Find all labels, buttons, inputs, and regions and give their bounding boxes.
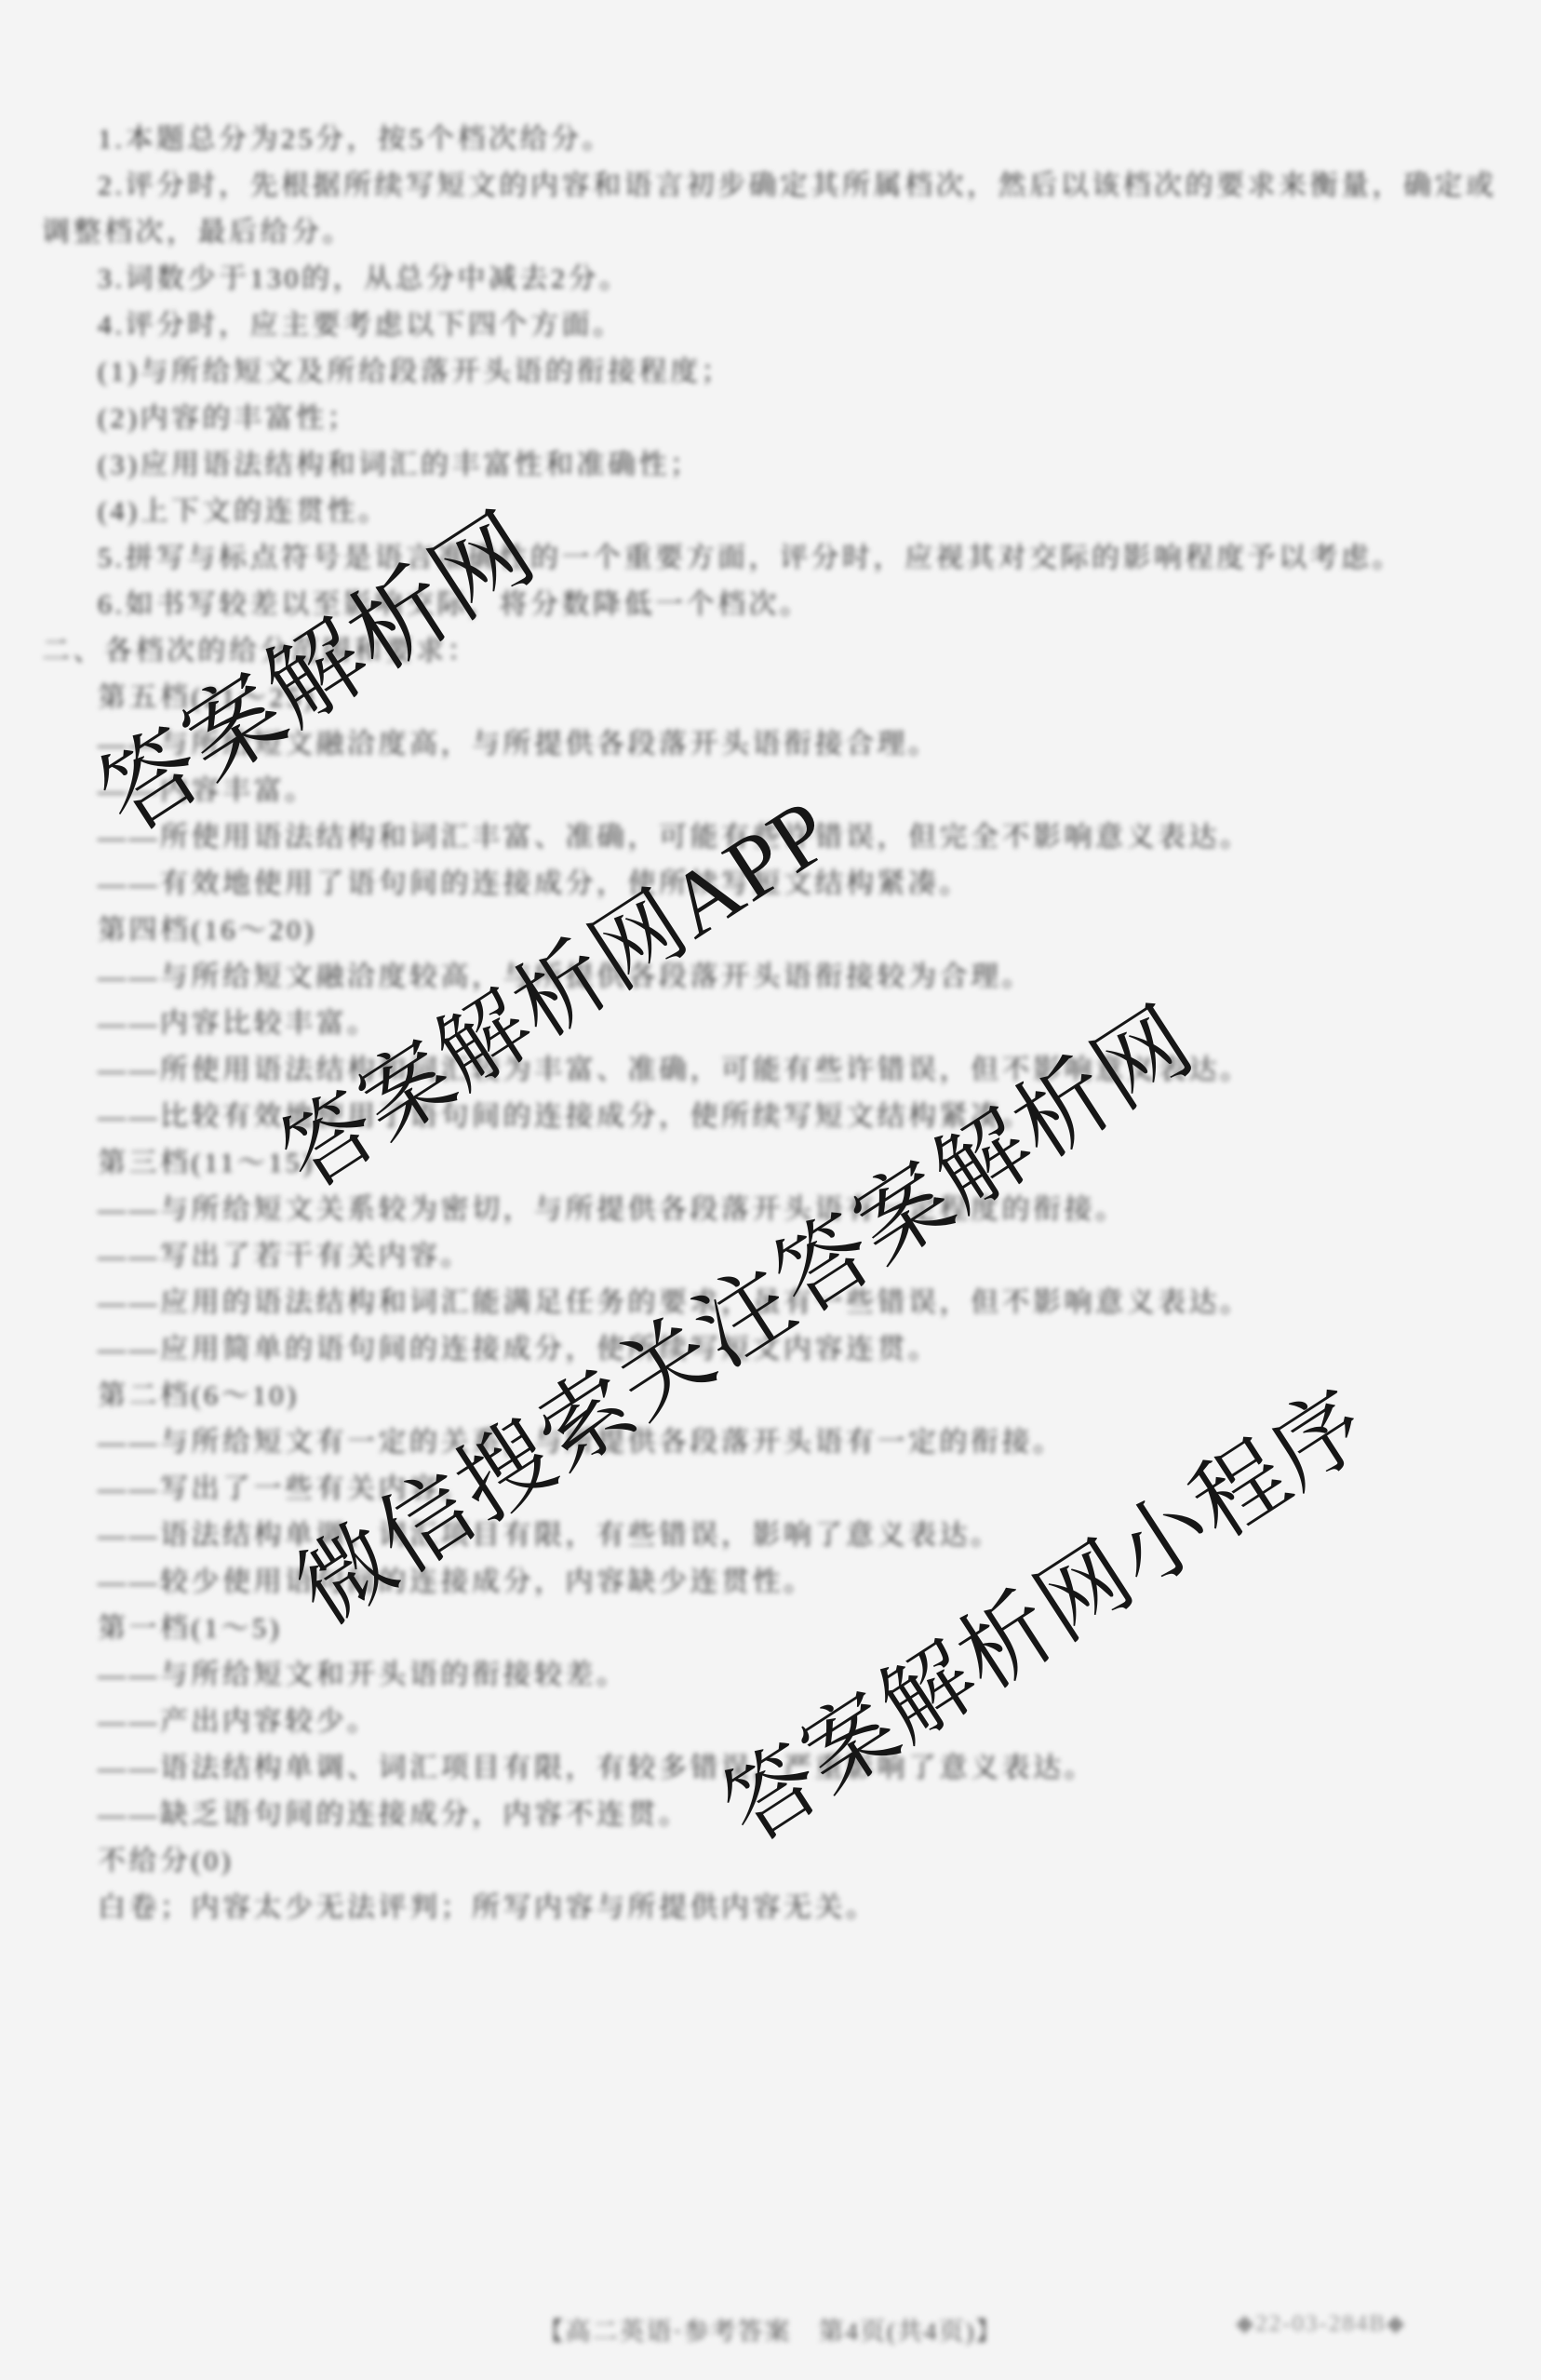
rubric-line: ——与所给短文关系较为密切，与所提供各段落开头语有一定程度的衔接。 — [42, 1187, 1499, 1233]
rubric-line: (1)与所给短文及所给段落开头语的衔接程度； — [42, 349, 1499, 396]
rubric-line: 3.词数少于130的，从总分中减去2分。 — [42, 256, 1499, 303]
rubric-line: 第一档(1～5) — [42, 1606, 1499, 1652]
rubric-line: ——与所给短文融洽度较高，与所提供各段落开头语衔接较为合理。 — [42, 954, 1499, 1001]
page: { "colors": { "page_bg": "#f4f4f4", "bod… — [0, 0, 1541, 2380]
rubric-line: 第四档(16～20) — [42, 908, 1499, 954]
rubric-line: ——比较有效地使用了语句间的连接成分，使所续写短文结构紧凑。 — [42, 1094, 1499, 1140]
footer-exam-code: ◆22-03-284B◆ — [1236, 2309, 1406, 2337]
rubric-line: ——与所给短文和开头语的衔接较差。 — [42, 1652, 1499, 1699]
rubric-line: 5.拼写与标点符号是语言准确性的一个重要方面，评分时，应视其对交际的影响程度予以… — [42, 535, 1499, 582]
rubric-line: 1.本题总分为25分，按5个档次给分。 — [42, 116, 1499, 163]
document-body: 1.本题总分为25分，按5个档次给分。2.评分时，先根据所续写短文的内容和语言初… — [42, 116, 1499, 1931]
rubric-line: (2)内容的丰富性； — [42, 396, 1499, 442]
rubric-line: (3)应用语法结构和词汇的丰富性和准确性； — [42, 442, 1499, 489]
rubric-line: 白卷；内容太少无法评判；所写内容与所提供内容无关。 — [42, 1885, 1499, 1931]
rubric-line: 4.评分时，应主要考虑以下四个方面。 — [42, 303, 1499, 349]
rubric-line: 第三档(11～15) — [42, 1140, 1499, 1187]
rubric-line: (4)上下文的连贯性。 — [42, 489, 1499, 535]
rubric-line: ——较少使用语句间的连接成分，内容缺少连贯性。 — [42, 1559, 1499, 1606]
rubric-line: ——所使用语法结构和词汇较为丰富、准确，可能有些许错误，但不影响意义表达。 — [42, 1047, 1499, 1094]
rubric-line: 6.如书写较差以至影响交际，将分数降低一个档次。 — [42, 582, 1499, 628]
rubric-line: ——内容比较丰富。 — [42, 1001, 1499, 1047]
rubric-line: 2.评分时，先根据所续写短文的内容和语言初步确定其所属档次，然后以该档次的要求来… — [42, 163, 1499, 256]
